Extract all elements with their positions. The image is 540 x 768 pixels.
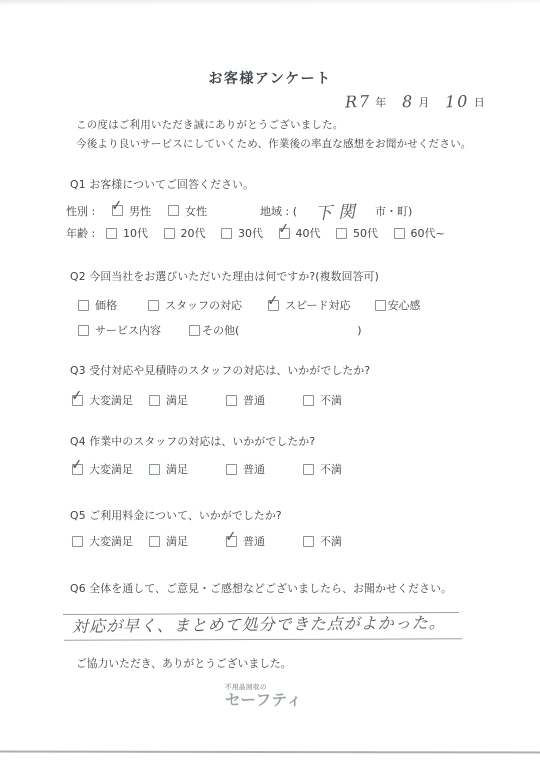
checkbox-option-service-content: サービス内容	[78, 322, 161, 338]
intro-line-2: 今後より良いサービスにしていくため、作業後の率直な感想をお聞かせください。	[76, 136, 471, 151]
q4-very-satisfied-checkbox-icon	[72, 464, 83, 475]
closing-message: ご協力いただき、ありがとうございました。	[76, 656, 292, 671]
q4-very-satisfied-label: 大変満足	[89, 461, 133, 477]
gender-field-label: 性別 :	[66, 203, 106, 219]
q3-label: Q3 受付対応や見積時のスタッフの対応は、いかがでしたか?	[70, 363, 370, 378]
checkbox-age-30s-label: 30代	[238, 225, 263, 241]
checkbox-option-age-40s: 40代	[279, 225, 337, 241]
q6-label: Q6 全体を通して、ご意見・ご感想などございましたら、お聞かせください。	[70, 581, 452, 596]
scanned-survey-page: お客様アンケート R7 年 8 月 10 日 この度はご利用いただき誠にありがと…	[0, 0, 540, 768]
checkbox-reassurance-label: 安心感	[388, 297, 421, 313]
checkbox-age-30s-icon	[221, 228, 232, 239]
checkbox-speed-response-icon	[268, 300, 279, 311]
q5-satisfied-label: 満足	[166, 533, 188, 549]
scan-edge-bottom	[0, 751, 540, 754]
date-day-handwritten: 10	[445, 92, 470, 112]
q2-label: Q2 今回当社をお選びいただいた理由は何ですか?(複数回答可)	[70, 269, 379, 284]
checkbox-age-10s-label: 10代	[123, 225, 148, 241]
checkbox-age-40s-label: 40代	[296, 225, 321, 241]
date-month-handwritten: 8	[402, 92, 415, 111]
checkbox-option-other: その他(	[189, 322, 239, 338]
checkbox-age-20s-label: 20代	[181, 225, 206, 241]
q4-dissatisfied-label: 不満	[320, 461, 342, 477]
checkbox-male-label: 男性	[129, 203, 151, 219]
q4-label: Q4 作業中のスタッフの対応は、いかがでしたか?	[70, 434, 315, 449]
q5-satisfied-checkbox-icon	[149, 536, 160, 547]
q5-very-satisfied-label: 大変満足	[89, 533, 133, 549]
scan-edge-top	[0, 0, 540, 6]
checkbox-option-staff-response: スタッフの対応	[148, 297, 242, 313]
q3-option-satisfied: 満足	[149, 392, 226, 408]
q3-very-satisfied-label: 大変満足	[89, 392, 133, 408]
checkbox-option-age-60s: 60代~	[394, 225, 452, 241]
q2-options-row-2: サービス内容 その他( )	[70, 322, 362, 338]
q1-label: Q1 お客様についてご回答ください。	[70, 177, 254, 192]
checkbox-age-50s-icon	[336, 228, 347, 239]
checkbox-male-icon	[112, 205, 123, 216]
region-field-suffix: 市・町)	[375, 203, 412, 219]
q5-neutral-label: 普通	[243, 533, 265, 549]
q3-satisfied-label: 満足	[166, 392, 188, 408]
q4-satisfied-label: 満足	[166, 461, 188, 477]
q3-dissatisfied-checkbox-icon	[303, 395, 314, 406]
checkbox-option-male: 男性	[112, 203, 151, 219]
checkbox-female-icon	[168, 205, 179, 216]
other-close-paren: )	[357, 324, 361, 337]
q5-option-neutral: 普通	[226, 533, 303, 549]
q4-option-dissatisfied: 不満	[303, 461, 380, 477]
q2-options-row-1: 価格 スタッフの対応 スピード対応 安心感	[70, 297, 421, 313]
q5-option-very-satisfied: 大変満足	[72, 533, 149, 549]
logo-tagline: 不用品回収の	[225, 684, 302, 691]
checkbox-age-60s-icon	[394, 228, 405, 239]
checkbox-option-price: 価格	[78, 297, 117, 313]
q4-dissatisfied-checkbox-icon	[303, 464, 314, 475]
checkbox-price-icon	[78, 300, 89, 311]
checkbox-female-label: 女性	[185, 203, 207, 219]
q5-label: Q5 ご利用料金について、いかがでしたか?	[70, 508, 282, 523]
company-logo: 不用品回収の セーフティ	[225, 684, 302, 708]
q3-neutral-checkbox-icon	[226, 395, 237, 406]
q4-neutral-checkbox-icon	[226, 464, 237, 475]
age-field-label: 年齢 :	[66, 225, 100, 241]
q5-very-satisfied-checkbox-icon	[72, 536, 83, 547]
q4-satisfied-checkbox-icon	[149, 464, 160, 475]
q5-option-dissatisfied: 不満	[303, 533, 380, 549]
date-field: R7 年 8 月 10 日	[345, 92, 485, 111]
checkbox-option-age-30s: 30代	[221, 225, 279, 241]
checkbox-service-content-icon	[78, 325, 89, 336]
checkbox-other-icon	[189, 325, 200, 336]
checkbox-option-speed-response: スピード対応	[268, 297, 351, 313]
q3-option-dissatisfied: 不満	[303, 392, 380, 408]
q3-very-satisfied-checkbox-icon	[72, 395, 83, 406]
q4-options-row: 大変満足 満足 普通 不満	[72, 461, 380, 477]
q3-satisfied-checkbox-icon	[149, 395, 160, 406]
region-field-label: 地域 : (	[260, 203, 297, 219]
date-year-unit: 年	[375, 94, 386, 111]
q1-gender-row: 性別 : 男性 女性 地域 : ( 下関 市・町)	[66, 198, 412, 223]
intro-line-1: この度はご利用いただき誠にありがとうございました。	[76, 117, 344, 132]
q3-neutral-label: 普通	[243, 392, 265, 408]
q3-option-neutral: 普通	[226, 392, 303, 408]
checkbox-option-age-20s: 20代	[164, 225, 222, 241]
checkbox-service-content-label: サービス内容	[95, 322, 161, 338]
q3-options-row: 大変満足 満足 普通 不満	[72, 392, 380, 408]
checkbox-speed-response-label: スピード対応	[285, 297, 351, 313]
checkbox-age-40s-icon	[279, 228, 290, 239]
checkbox-other-label: その他(	[202, 322, 239, 338]
date-month-unit: 月	[418, 94, 429, 111]
q4-option-neutral: 普通	[226, 461, 303, 477]
q5-neutral-checkbox-icon	[226, 536, 237, 547]
checkbox-option-age-50s: 50代	[336, 225, 394, 241]
checkbox-age-20s-icon	[164, 228, 175, 239]
checkbox-age-10s-icon	[106, 228, 117, 239]
checkbox-reassurance-icon	[375, 300, 386, 311]
date-year-handwritten: R7	[345, 92, 372, 112]
checkbox-price-label: 価格	[95, 297, 117, 313]
checkbox-staff-response-icon	[148, 300, 159, 311]
page-title: お客様アンケート	[0, 68, 540, 88]
region-handwritten-value: 下関	[314, 197, 361, 224]
q5-option-satisfied: 満足	[149, 533, 226, 549]
q5-options-row: 大変満足 満足 普通 不満	[72, 533, 380, 549]
q3-dissatisfied-label: 不満	[320, 392, 342, 408]
q4-option-very-satisfied: 大変満足	[72, 461, 149, 477]
date-day-unit: 日	[474, 94, 485, 111]
q1-age-row: 年齢 : 10代 20代 30代 40代 50代 60代~	[66, 225, 451, 241]
q4-neutral-label: 普通	[243, 461, 265, 477]
checkbox-option-reassurance: 安心感	[375, 297, 421, 313]
q6-answer-line-bottom	[64, 638, 462, 640]
logo-name: セーフティ	[225, 693, 302, 709]
q4-option-satisfied: 満足	[149, 461, 226, 477]
checkbox-staff-response-label: スタッフの対応	[165, 297, 242, 313]
checkbox-option-age-10s: 10代	[106, 225, 164, 241]
q3-option-very-satisfied: 大変満足	[72, 392, 149, 408]
checkbox-age-50s-label: 50代	[353, 225, 378, 241]
q6-handwritten-answer: 対応が早く、まとめて処分できた点がよかった。	[72, 610, 446, 637]
checkbox-option-female: 女性	[168, 203, 207, 219]
checkbox-age-60s-label: 60代~	[411, 225, 445, 241]
q5-dissatisfied-label: 不満	[320, 533, 342, 549]
q5-dissatisfied-checkbox-icon	[303, 536, 314, 547]
